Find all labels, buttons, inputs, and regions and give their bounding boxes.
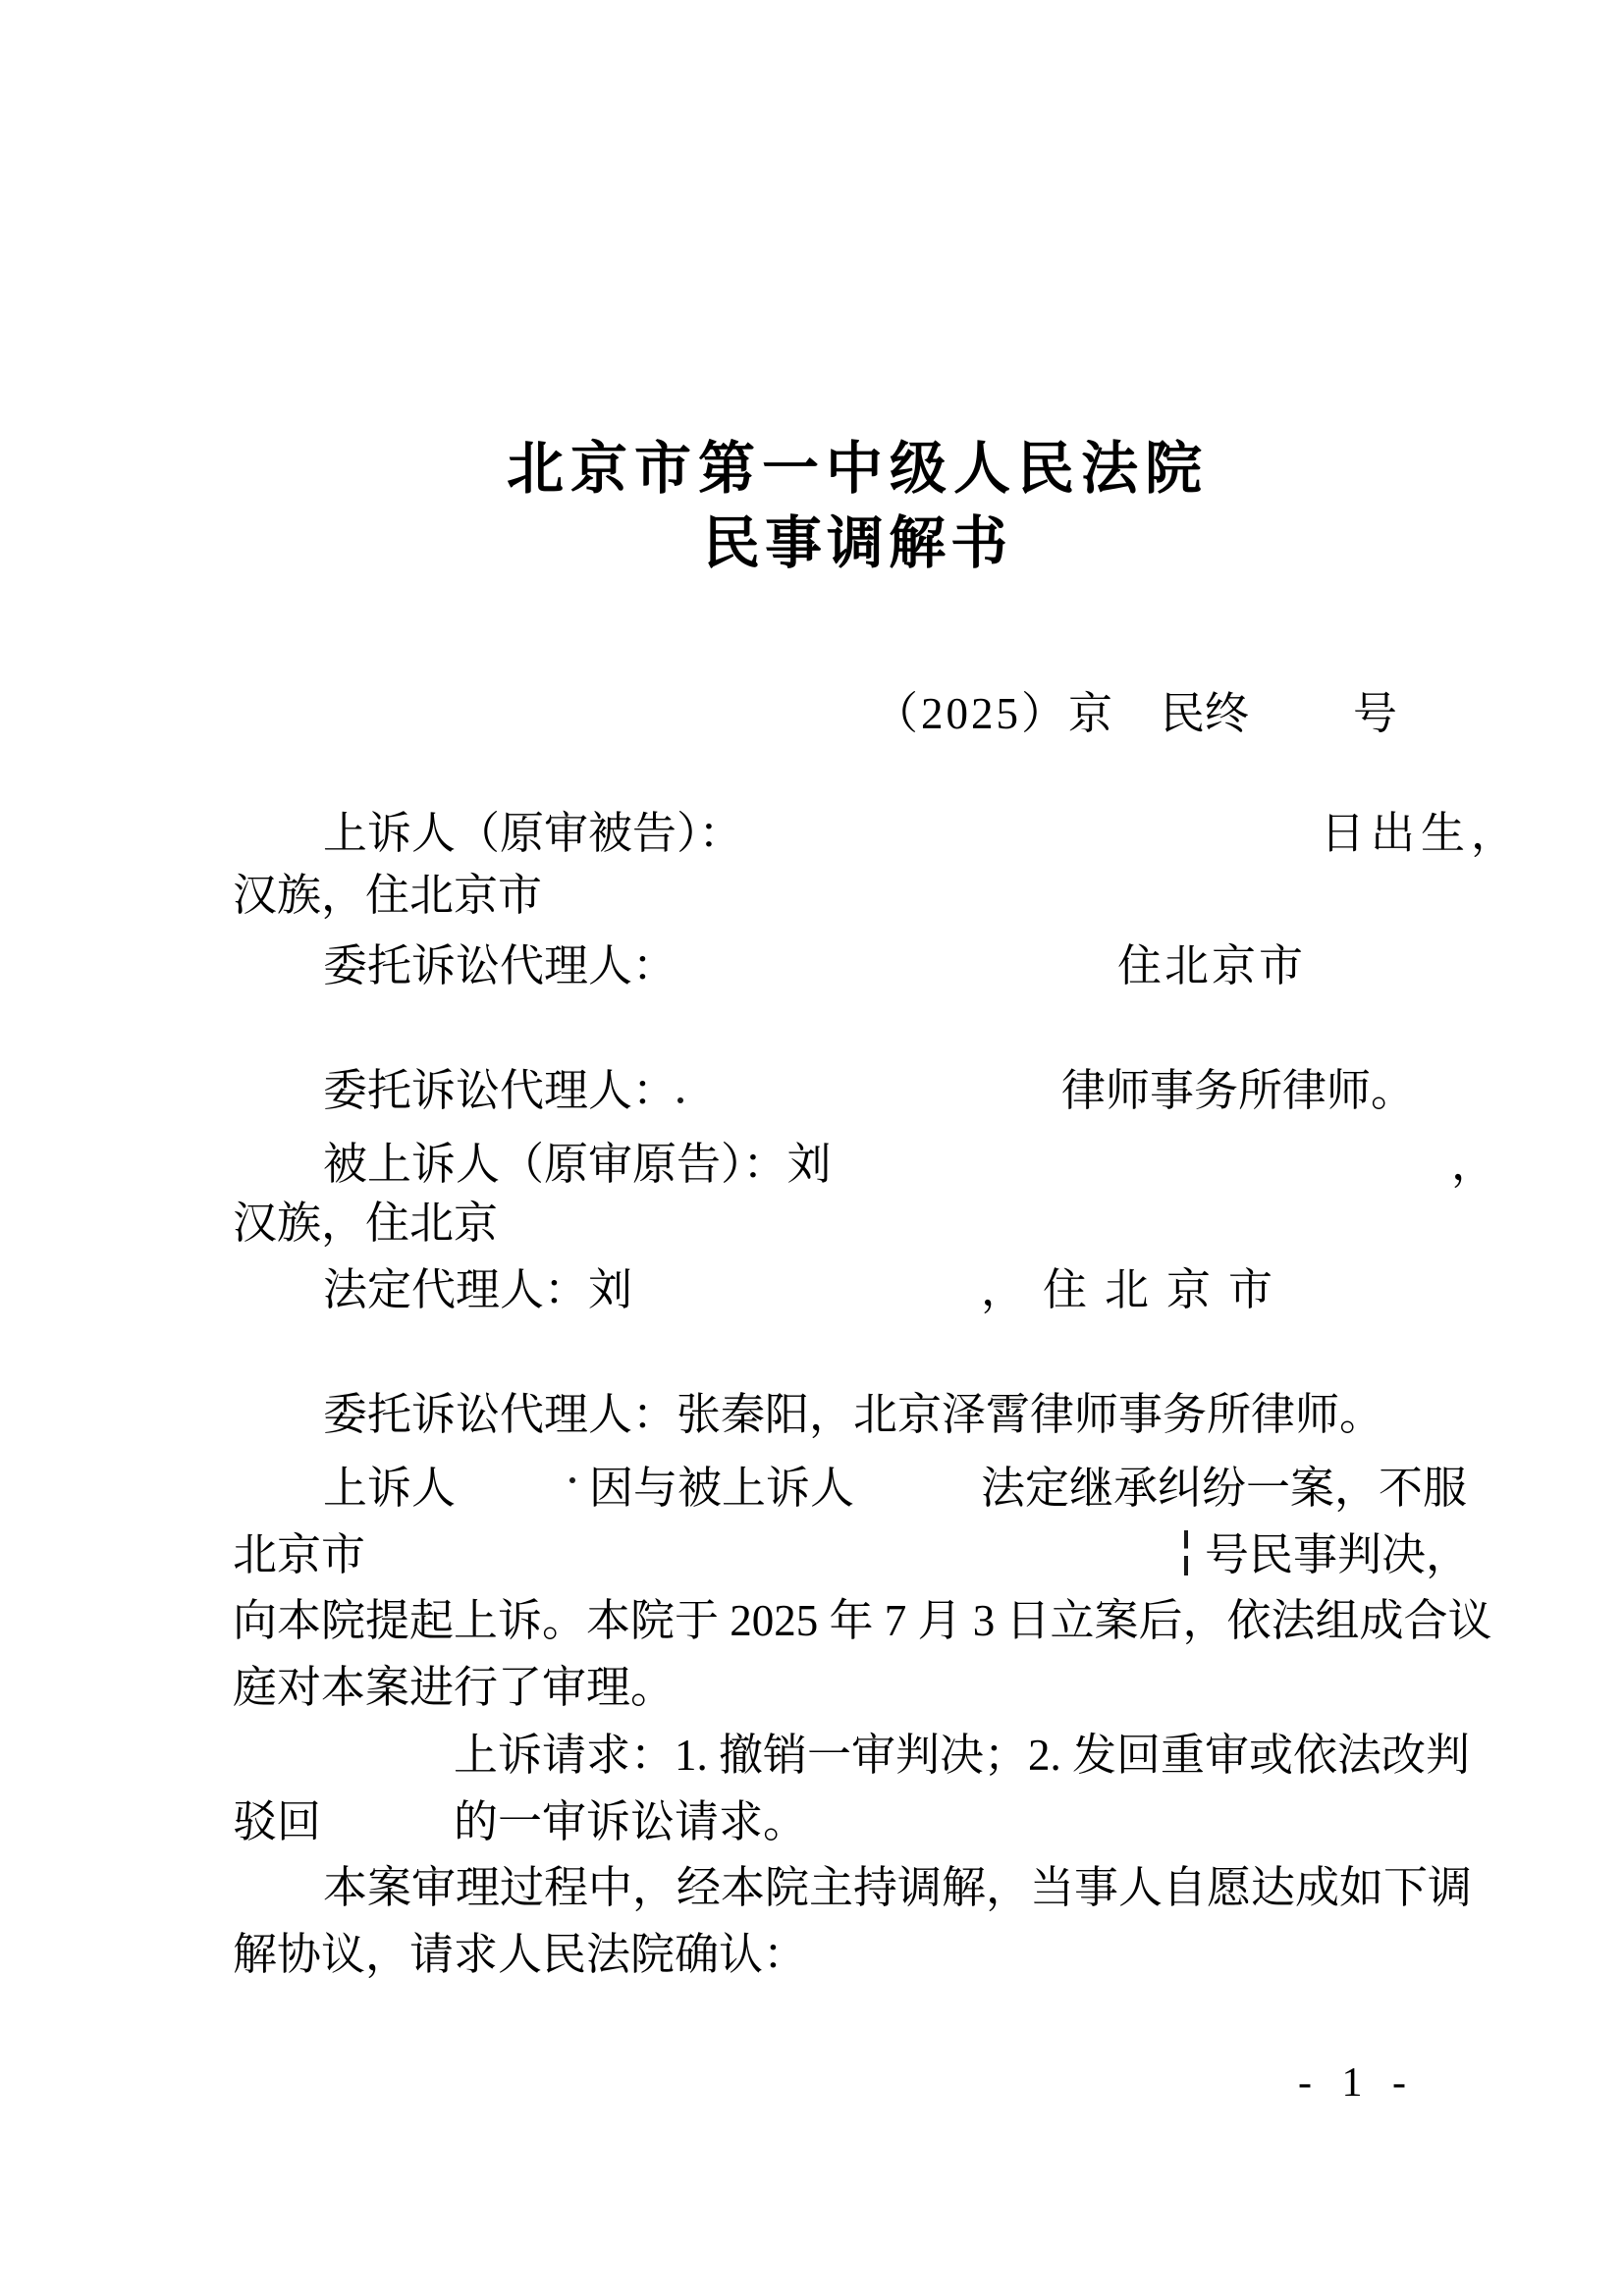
body-line-legal-representative: 法定代理人：刘 ，住北京市: [0, 1265, 1624, 1316]
appellee-label: 被上诉人（原审原告）：刘: [323, 1140, 832, 1189]
body-line-appellant: 上诉人（原审被告）： 日出生，: [0, 809, 1624, 860]
text-segment: 庭对本案进行了审理。: [233, 1663, 675, 1712]
text-segment: 北京市: [233, 1530, 365, 1579]
text-segment: ，: [1451, 1140, 1495, 1189]
case-number-suffix: 号: [1353, 689, 1397, 738]
appellant-label: 上诉人（原审被告）：: [323, 809, 743, 858]
text-segment: 法定继承纠纷一案，不服: [981, 1464, 1467, 1513]
body-line-filing: 向本院提起上诉。本院于 2025 年 7 月 3 日立案后，依法组成合议: [0, 1596, 1624, 1647]
case-number-prefix: （2025）京: [874, 689, 1115, 738]
body-line-case-intro: 上诉人 因与被上诉人 法定继承纠纷一案，不服: [0, 1464, 1624, 1515]
body-line: 汉族，住北京市: [0, 871, 1624, 922]
agent-label: 委托诉讼代理人：: [323, 941, 677, 990]
text-segment: 解协议，请求人民法院确认：: [233, 1930, 807, 1979]
redaction-dot-artifact: [677, 1097, 683, 1103]
text-segment: 住北京市: [1117, 941, 1306, 990]
doc-type-title: 民事调解书: [233, 512, 1483, 575]
body-line: 汉族，住北京: [0, 1199, 1624, 1250]
body-line-appellee: 被上诉人（原审原告）：刘 ，: [0, 1140, 1624, 1191]
text-segment: 律师事务所律师。: [1061, 1066, 1415, 1115]
text-segment: 号民事判决，: [1205, 1530, 1470, 1579]
text-segment: 汉族，住北京: [233, 1199, 498, 1248]
body-line: 解协议，请求人民法院确认：: [0, 1930, 1624, 1981]
text-segment: 向本院提起上诉。本院于 2025 年 7 月 3 日立案后，依法组成合议: [233, 1596, 1492, 1645]
body-line: 驳回 的一审诉讼请求。: [0, 1797, 1624, 1848]
text-segment: 委托诉讼代理人：张秦阳，北京泽霄律师事务所律师。: [323, 1390, 1383, 1439]
text-segment: ，住北京市: [981, 1265, 1290, 1314]
text-segment: 汉族，住北京市: [233, 871, 542, 920]
document-page: 北京市第一中级人民法院 民事调解书 （2025）京 民终 号 上诉人（原审被告）…: [0, 0, 1624, 2296]
body-line-agent-2: 委托诉讼代理人： 律师事务所律师。: [0, 1066, 1624, 1117]
text-segment: 的一审诉讼请求。: [454, 1797, 807, 1846]
page-number: - 1 -: [1298, 2059, 1416, 2107]
body-line-judgment-ref: 北京市 号民事判决，: [0, 1530, 1624, 1581]
case-number-middle: 民终: [1161, 689, 1249, 738]
legal-representative-label: 法定代理人：刘: [323, 1265, 632, 1314]
body-line-agent-3: 委托诉讼代理人：张秦阳，北京泽霄律师事务所律师。: [0, 1390, 1624, 1441]
text-segment: 本案审理过程中，经本院主持调解，当事人自愿达成如下调: [323, 1863, 1472, 1912]
body-line-mediation: 本案审理过程中，经本院主持调解，当事人自愿达成如下调: [0, 1863, 1624, 1914]
text-segment: 驳回: [233, 1797, 321, 1846]
agent-label: 委托诉讼代理人：: [323, 1066, 677, 1115]
case-number-line: （2025）京 民终 号: [0, 689, 1624, 740]
body-line: 庭对本案进行了审理。: [0, 1663, 1624, 1714]
text-segment: 日出生，: [1321, 809, 1521, 858]
redaction-bar-artifact: [1184, 1530, 1188, 1575]
text-segment: 上诉请求：1. 撤销一审判决；2. 发回重审或依法改判: [454, 1731, 1470, 1780]
text-segment: 上诉人: [323, 1464, 456, 1513]
court-title: 北京市第一中级人民法院: [233, 438, 1483, 501]
text-segment: 因与被上诉人: [589, 1464, 854, 1513]
redaction-dot-artifact: [569, 1477, 575, 1483]
body-line-agent-1: 委托诉讼代理人： 住北京市: [0, 941, 1624, 992]
body-line-appeal-request: 上诉请求：1. 撤销一审判决；2. 发回重审或依法改判: [0, 1731, 1624, 1782]
